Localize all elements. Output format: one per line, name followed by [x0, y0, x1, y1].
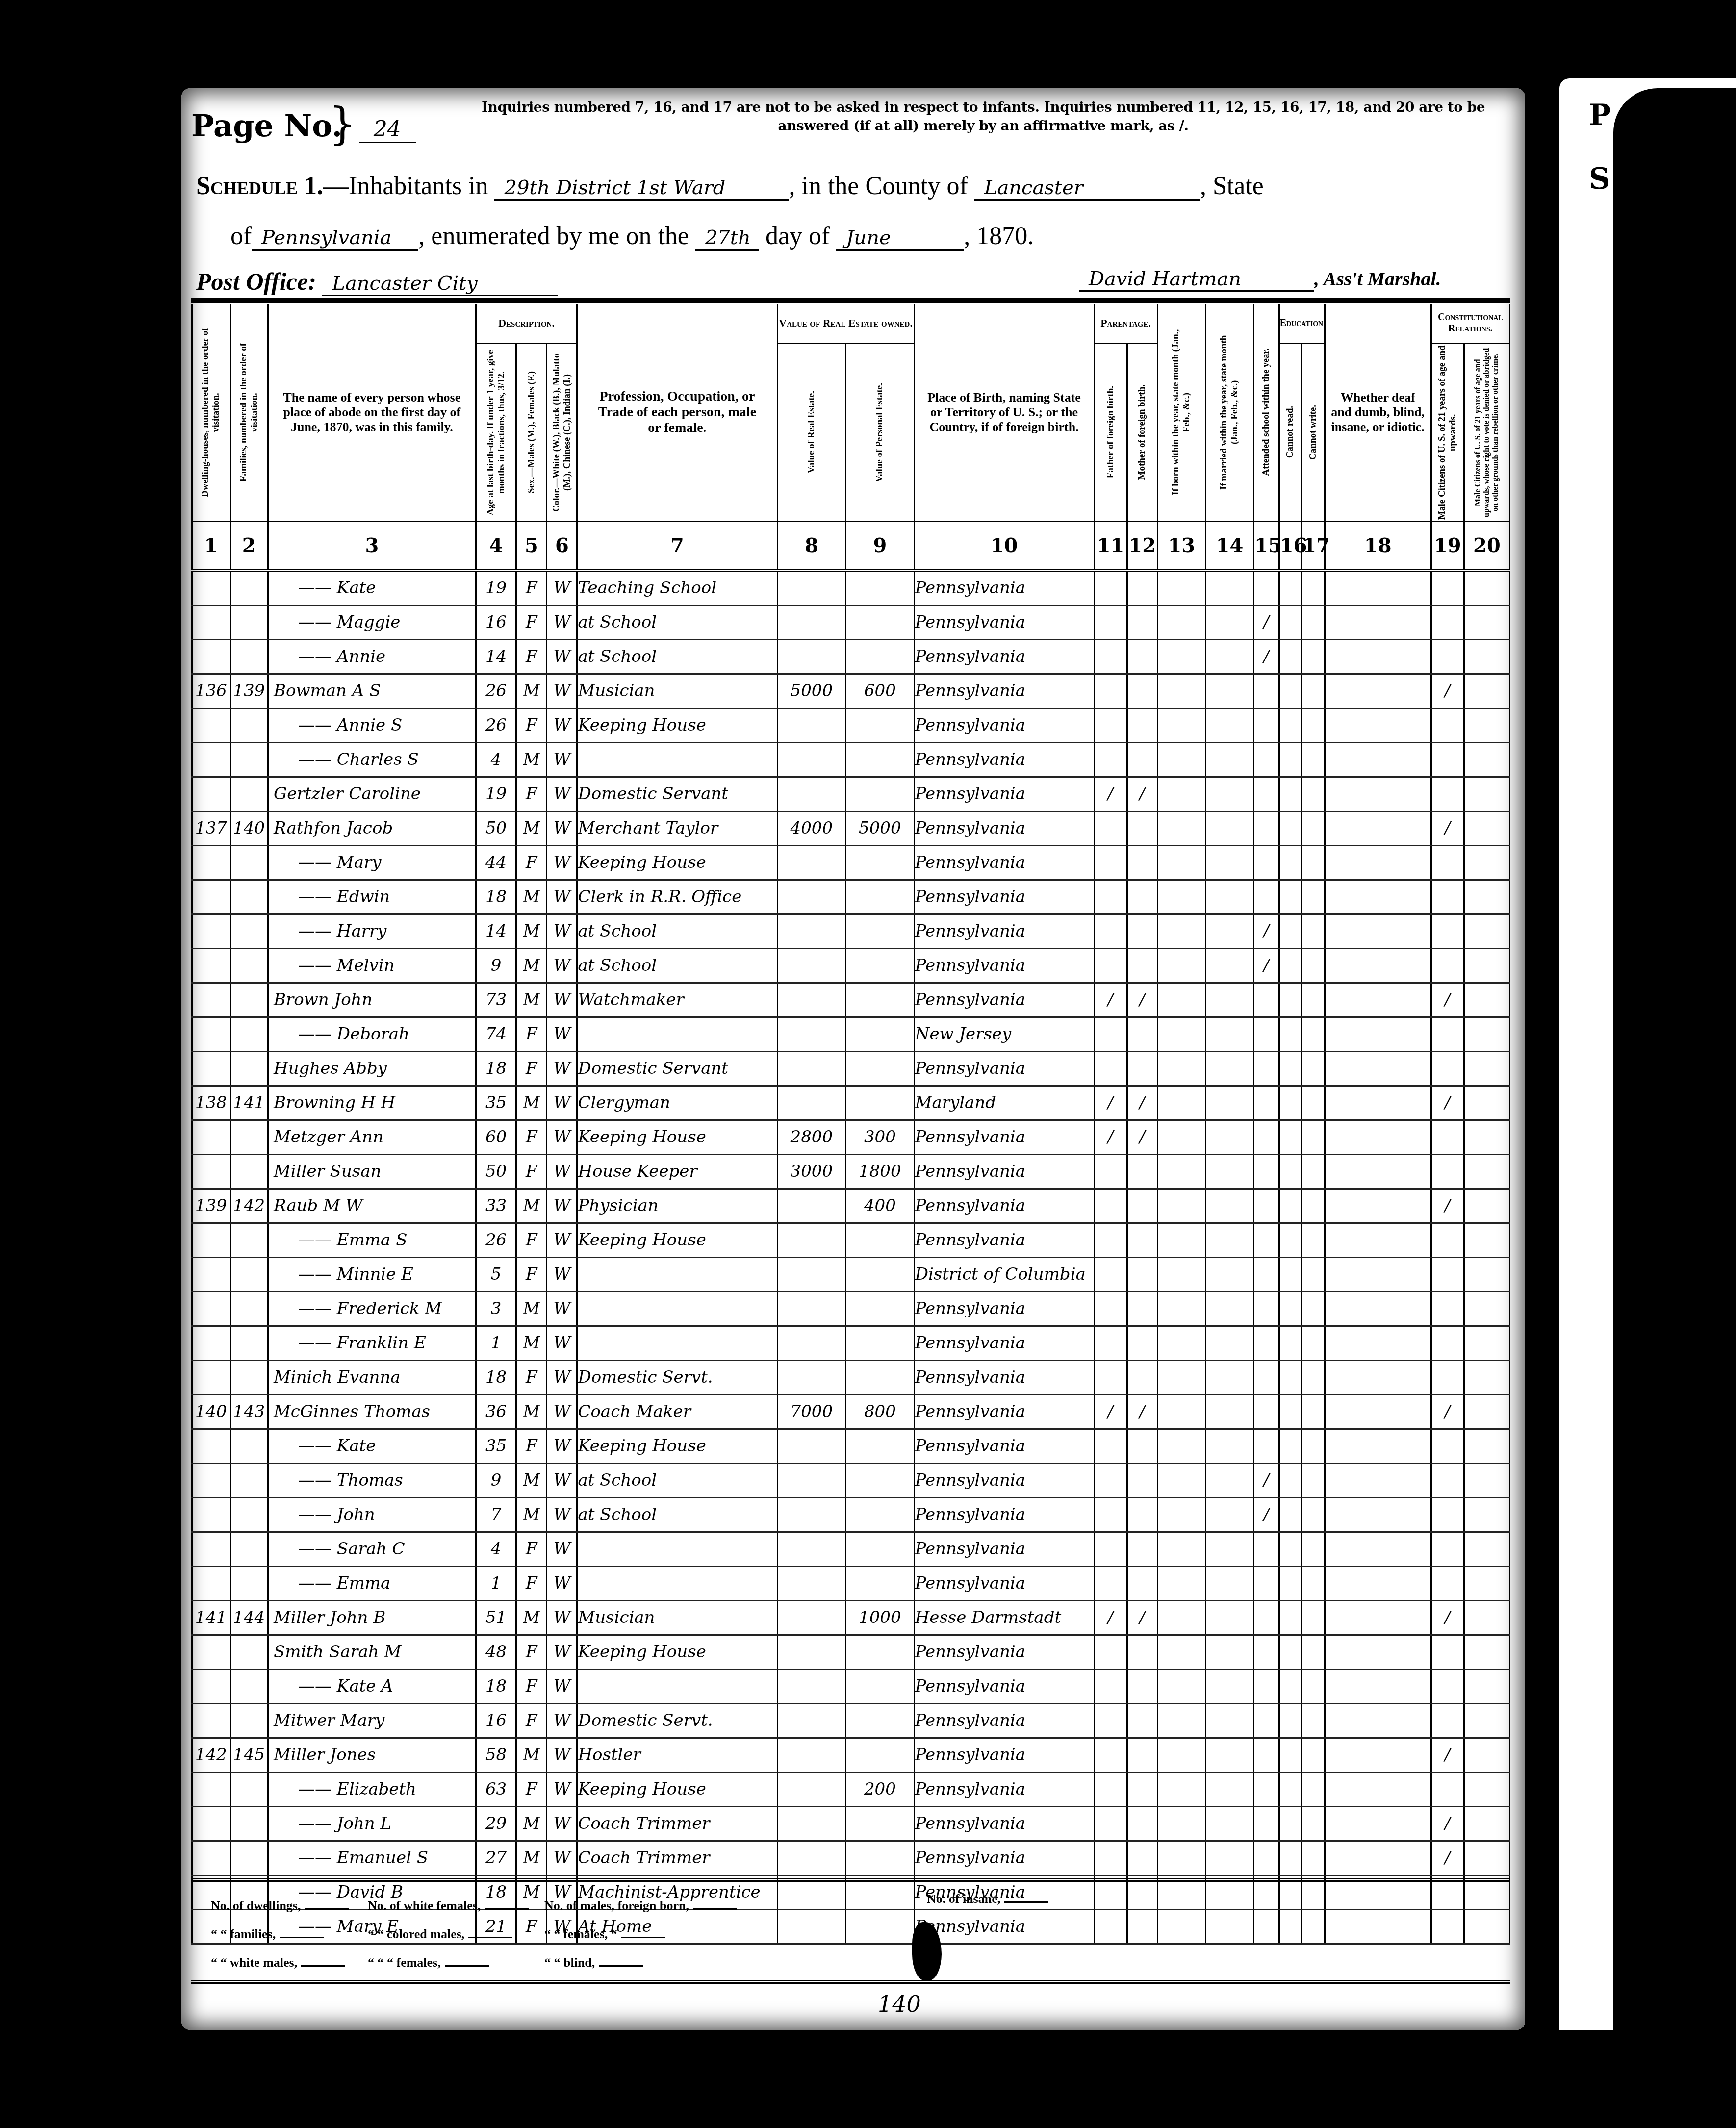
row-number-left: 34: [154, 1694, 177, 1713]
row-number-left: 8: [154, 802, 177, 820]
disability: [1325, 845, 1431, 880]
personal-estate-value: [846, 1223, 915, 1257]
age: 73: [476, 983, 516, 1017]
summary-block: No. of dwellings, “ “ families, “ “ whit…: [191, 1878, 1510, 1984]
cannot-write: [1302, 880, 1325, 914]
table-row: 137140Rathfon Jacob50MWMerchant Taylor40…: [192, 811, 1510, 845]
real-estate-value: [777, 570, 846, 606]
post-office-field: Lancaster City: [322, 272, 558, 296]
color: W: [547, 1738, 577, 1772]
row-number-right: 23: [1528, 1317, 1552, 1335]
disability: [1325, 914, 1431, 948]
dwelling-number: [192, 1360, 230, 1394]
cannot-write: [1302, 1154, 1325, 1189]
born-within-year: [1157, 914, 1205, 948]
attended-school-mark: [1254, 1154, 1279, 1189]
cannot-write: [1302, 1394, 1325, 1429]
family-number: [230, 914, 268, 948]
married-within-year: [1205, 1463, 1253, 1497]
row-number-right: 34: [1528, 1694, 1552, 1713]
cannot-read: [1279, 1566, 1302, 1600]
row-number-left: 23: [154, 1317, 177, 1335]
real-estate-group-header: Value of Real Estate owned.: [777, 304, 914, 343]
color: W: [547, 742, 577, 777]
real-estate-value: [777, 1429, 846, 1463]
vote-denied: [1464, 914, 1509, 948]
cannot-read: [1279, 742, 1302, 777]
father-foreign-mark: [1094, 742, 1127, 777]
occupation: Keeping House: [577, 1223, 777, 1257]
age: 60: [476, 1120, 516, 1154]
occupation: Teaching School: [577, 570, 777, 606]
table-row: Melvin9MWat SchoolPennsylvania/: [192, 948, 1510, 983]
dwelling-number: [192, 570, 230, 606]
male-citizen-mark: [1431, 1703, 1464, 1738]
dwelling-number: [192, 777, 230, 811]
disability: [1325, 1635, 1431, 1669]
attended-school-mark: [1254, 742, 1279, 777]
cannot-write: [1302, 777, 1325, 811]
married-within-year: [1205, 1532, 1253, 1566]
born-within-year: [1157, 1497, 1205, 1532]
personal-estate-value: 300: [846, 1120, 915, 1154]
cannot-read: [1279, 1086, 1302, 1120]
born-within-year: [1157, 742, 1205, 777]
cannot-read: [1279, 1669, 1302, 1703]
occupation: at School: [577, 914, 777, 948]
birthplace: Pennsylvania: [914, 1738, 1094, 1772]
age: 26: [476, 674, 516, 708]
cannot-write: [1302, 1600, 1325, 1635]
attended-school-mark: [1254, 880, 1279, 914]
father-foreign-mark: [1094, 1497, 1127, 1532]
summary-dwellings-col: No. of dwellings, “ “ families, “ “ whit…: [211, 1892, 349, 1977]
row-number-right: 4: [1528, 664, 1552, 683]
mother-foreign-mark: /: [1127, 1086, 1157, 1120]
family-number: 145: [230, 1738, 268, 1772]
occupation: Coach Maker: [577, 1394, 777, 1429]
person-name: Metzger Ann: [268, 1120, 476, 1154]
dwelling-number: [192, 1017, 230, 1051]
dwelling-number: 142: [192, 1738, 230, 1772]
real-estate-value: [777, 708, 846, 742]
cannot-read: [1279, 1394, 1302, 1429]
father-foreign-mark: [1094, 570, 1127, 606]
mother-foreign-mark: [1127, 1154, 1157, 1189]
father-foreign-mark: [1094, 914, 1127, 948]
attended-school-mark: [1254, 1806, 1279, 1841]
occupation: at School: [577, 948, 777, 983]
state-date-line: ofPennsylvania, enumerated by me on the …: [230, 222, 1034, 251]
male-citizen-mark: [1431, 1635, 1464, 1669]
attended-school-mark: [1254, 1189, 1279, 1223]
cannot-read: [1279, 1463, 1302, 1497]
male-citizen-mark: [1431, 605, 1464, 639]
born-within-year: [1157, 1600, 1205, 1635]
parentage-group-header: Parentage.: [1094, 304, 1157, 343]
color: W: [547, 811, 577, 845]
row-number-right: 31: [1528, 1591, 1552, 1610]
disability: [1325, 1257, 1431, 1292]
table-row: 142145Miller Jones58MWHostlerPennsylvani…: [192, 1738, 1510, 1772]
dwelling-number: [192, 1703, 230, 1738]
family-number: [230, 1051, 268, 1086]
row-number-left: 37: [154, 1797, 177, 1816]
row-number-right: 11: [1528, 905, 1552, 923]
row-number-left: 18: [154, 1145, 177, 1164]
table-row: Kate A18FWPennsylvania: [192, 1669, 1510, 1703]
sex: F: [516, 1532, 547, 1566]
attended-school-mark: [1254, 1360, 1279, 1394]
married-within-year: [1205, 880, 1253, 914]
age: 51: [476, 1600, 516, 1635]
vote-denied: [1464, 1086, 1509, 1120]
vote-denied: [1464, 1017, 1509, 1051]
personal-estate-value: 600: [846, 674, 915, 708]
birthplace: Pennsylvania: [914, 1394, 1094, 1429]
attended-school-mark: [1254, 1703, 1279, 1738]
mother-foreign-mark: [1127, 1051, 1157, 1086]
row-number-right: 20: [1528, 1214, 1552, 1232]
born-within-year: [1157, 674, 1205, 708]
personal-estate-value: 400: [846, 1189, 915, 1223]
married-within-year: [1205, 983, 1253, 1017]
sex: M: [516, 1086, 547, 1120]
row-number-left: 4: [154, 664, 177, 683]
cannot-read: [1279, 1326, 1302, 1360]
attended-school-mark: [1254, 811, 1279, 845]
cannot-write: [1302, 1326, 1325, 1360]
cannot-read: [1279, 1703, 1302, 1738]
vote-denied: [1464, 1566, 1509, 1600]
table-row: Kate19FWTeaching SchoolPennsylvania: [192, 570, 1510, 606]
mother-foreign-mark: [1127, 880, 1157, 914]
disability: [1325, 742, 1431, 777]
cannot-write: [1302, 1429, 1325, 1463]
age: 50: [476, 811, 516, 845]
table-row: Gertzler Caroline19FWDomestic ServantPen…: [192, 777, 1510, 811]
disability: [1325, 605, 1431, 639]
color: W: [547, 777, 577, 811]
occupation: at School: [577, 1497, 777, 1532]
row-number-left: 40: [154, 1900, 177, 1919]
row-number-left: 26: [154, 1419, 177, 1438]
row-number-right: 21: [1528, 1248, 1552, 1267]
row-number-right: 3: [1528, 630, 1552, 649]
footer-stamp-number: 140: [878, 1991, 921, 2017]
mother-foreign-mark: [1127, 1532, 1157, 1566]
age: 50: [476, 1154, 516, 1189]
disability: [1325, 1051, 1431, 1086]
attended-school-mark: [1254, 708, 1279, 742]
born-within-year: [1157, 1223, 1205, 1257]
married-within-year: [1205, 1360, 1253, 1394]
cannot-write: [1302, 1223, 1325, 1257]
married-within-year: [1205, 777, 1253, 811]
table-row: 139142Raub M W33MWPhysician400Pennsylvan…: [192, 1189, 1510, 1223]
color: W: [547, 1806, 577, 1841]
born-within-year: [1157, 811, 1205, 845]
color: W: [547, 1292, 577, 1326]
table-row: John L29MWCoach TrimmerPennsylvania/: [192, 1806, 1510, 1841]
mother-foreign-mark: [1127, 1463, 1157, 1497]
table-row: Minich Evanna18FWDomestic Servt.Pennsylv…: [192, 1360, 1510, 1394]
vote-denied: [1464, 1257, 1509, 1292]
sex: F: [516, 1772, 547, 1806]
disability: [1325, 1566, 1431, 1600]
age: 35: [476, 1429, 516, 1463]
cannot-write: [1302, 639, 1325, 674]
row-number-left: 9: [154, 836, 177, 855]
cannot-read: [1279, 1292, 1302, 1326]
summary-foreign-col: No. of males, foreign born, “ “ females,…: [544, 1892, 737, 1977]
married-within-year: [1205, 742, 1253, 777]
male-citizen-mark: [1431, 708, 1464, 742]
male-citizen-mark: /: [1431, 811, 1464, 845]
row-number-left: 32: [154, 1625, 177, 1644]
census-table: Dwelling-houses, numbered in the order o…: [191, 304, 1510, 1945]
sex: F: [516, 845, 547, 880]
birthplace: Pennsylvania: [914, 742, 1094, 777]
disability: [1325, 1360, 1431, 1394]
male-citizen-mark: /: [1431, 1806, 1464, 1841]
male-citizen-mark: [1431, 1566, 1464, 1600]
sex: F: [516, 570, 547, 606]
vote-denied: [1464, 1600, 1509, 1635]
sex: F: [516, 605, 547, 639]
attended-school-mark: [1254, 1841, 1279, 1875]
col-header-vote-denied: Male Citizens of U. S. of 21 years of ag…: [1464, 343, 1509, 521]
mother-foreign-mark: [1127, 948, 1157, 983]
personal-estate-value: [846, 708, 915, 742]
vote-denied: [1464, 1669, 1509, 1703]
married-within-year: [1205, 1806, 1253, 1841]
table-row: Emma S26FWKeeping HousePennsylvania: [192, 1223, 1510, 1257]
birthplace: Pennsylvania: [914, 880, 1094, 914]
occupation: [577, 742, 777, 777]
married-within-year: [1205, 914, 1253, 948]
male-citizen-mark: [1431, 948, 1464, 983]
row-number-left: 28: [154, 1488, 177, 1507]
cannot-read: [1279, 674, 1302, 708]
mother-foreign-mark: [1127, 1635, 1157, 1669]
born-within-year: [1157, 1120, 1205, 1154]
row-number-left: 3: [154, 630, 177, 649]
color: W: [547, 1189, 577, 1223]
father-foreign-mark: [1094, 1154, 1127, 1189]
age: 26: [476, 708, 516, 742]
table-row: Thomas9MWat SchoolPennsylvania/: [192, 1463, 1510, 1497]
sex: M: [516, 1600, 547, 1635]
table-row: Maggie16FWat SchoolPennsylvania/: [192, 605, 1510, 639]
mother-foreign-mark: [1127, 914, 1157, 948]
vote-denied: [1464, 777, 1509, 811]
mother-foreign-mark: [1127, 605, 1157, 639]
born-within-year: [1157, 983, 1205, 1017]
vote-denied: [1464, 1635, 1509, 1669]
birthplace: Pennsylvania: [914, 914, 1094, 948]
mother-foreign-mark: [1127, 1841, 1157, 1875]
sex: F: [516, 1257, 547, 1292]
color: W: [547, 1635, 577, 1669]
row-number-right: 14: [1528, 1008, 1552, 1026]
attended-school-mark: [1254, 570, 1279, 606]
cannot-write: [1302, 1120, 1325, 1154]
male-citizen-mark: [1431, 1669, 1464, 1703]
married-within-year: [1205, 1223, 1253, 1257]
person-name: Frederick M: [268, 1292, 476, 1326]
sex: F: [516, 1703, 547, 1738]
attended-school-mark: [1254, 983, 1279, 1017]
table-row: Sarah C4FWPennsylvania: [192, 1532, 1510, 1566]
born-within-year: [1157, 1463, 1205, 1497]
family-number: [230, 1360, 268, 1394]
person-name: Melvin: [268, 948, 476, 983]
birthplace: Pennsylvania: [914, 948, 1094, 983]
person-name: Brown John: [268, 983, 476, 1017]
real-estate-value: [777, 1669, 846, 1703]
birthplace: Pennsylvania: [914, 570, 1094, 606]
disability: [1325, 1120, 1431, 1154]
born-within-year: [1157, 1635, 1205, 1669]
color: W: [547, 570, 577, 606]
color: W: [547, 1669, 577, 1703]
attended-school-mark: [1254, 1326, 1279, 1360]
attended-school-mark: /: [1254, 639, 1279, 674]
header-rule: [191, 298, 1510, 303]
color: W: [547, 983, 577, 1017]
mother-foreign-mark: [1127, 1566, 1157, 1600]
color: W: [547, 880, 577, 914]
sex: M: [516, 880, 547, 914]
birthplace: Pennsylvania: [914, 674, 1094, 708]
row-number-left: 30: [154, 1557, 177, 1575]
mother-foreign-mark: [1127, 742, 1157, 777]
personal-estate-value: [846, 570, 915, 606]
married-within-year: [1205, 1326, 1253, 1360]
age: 35: [476, 1086, 516, 1120]
col-header-cannot-write: Cannot write.: [1302, 343, 1325, 521]
cannot-write: [1302, 1017, 1325, 1051]
married-within-year: [1205, 1635, 1253, 1669]
male-citizen-mark: /: [1431, 1600, 1464, 1635]
family-number: [230, 1463, 268, 1497]
color: W: [547, 1120, 577, 1154]
real-estate-value: [777, 605, 846, 639]
summary-insane: No. of insane,: [927, 1892, 1048, 1906]
attended-school-mark: [1254, 1120, 1279, 1154]
personal-estate-value: [846, 777, 915, 811]
age: 4: [476, 1532, 516, 1566]
cannot-write: [1302, 1532, 1325, 1566]
born-within-year: [1157, 845, 1205, 880]
dwelling-number: [192, 1292, 230, 1326]
person-name: Emma S: [268, 1223, 476, 1257]
birthplace: Pennsylvania: [914, 845, 1094, 880]
person-name: Charles S: [268, 742, 476, 777]
row-number-right: 13: [1528, 973, 1552, 992]
cannot-read: [1279, 948, 1302, 983]
age: 1: [476, 1326, 516, 1360]
born-within-year: [1157, 1532, 1205, 1566]
birthplace: Pennsylvania: [914, 708, 1094, 742]
occupation: [577, 1326, 777, 1360]
sex: M: [516, 1394, 547, 1429]
person-name: Annie: [268, 639, 476, 674]
father-foreign-mark: [1094, 1703, 1127, 1738]
dwelling-number: [192, 845, 230, 880]
father-foreign-mark: [1094, 1806, 1127, 1841]
row-number-left: 38: [154, 1831, 177, 1850]
mother-foreign-mark: [1127, 1223, 1157, 1257]
age: 44: [476, 845, 516, 880]
married-within-year: [1205, 605, 1253, 639]
male-citizen-mark: [1431, 1120, 1464, 1154]
occupation: Keeping House: [577, 708, 777, 742]
person-name: Kate: [268, 1429, 476, 1463]
family-number: [230, 708, 268, 742]
real-estate-value: [777, 983, 846, 1017]
cannot-read: [1279, 605, 1302, 639]
dwelling-number: [192, 1806, 230, 1841]
mother-foreign-mark: [1127, 570, 1157, 606]
disability: [1325, 1669, 1431, 1703]
person-name: Thomas: [268, 1463, 476, 1497]
personal-estate-value: 1800: [846, 1154, 915, 1189]
table-row: John7MWat SchoolPennsylvania/: [192, 1497, 1510, 1532]
disability: [1325, 708, 1431, 742]
state-field: Pennsylvania: [252, 227, 418, 251]
birthplace: Pennsylvania: [914, 1635, 1094, 1669]
birthplace: Pennsylvania: [914, 1497, 1094, 1532]
disability: [1325, 811, 1431, 845]
constitutional-group-header: Constitutional Relations.: [1431, 304, 1509, 343]
row-number-left: 6: [154, 733, 177, 752]
color: W: [547, 914, 577, 948]
occupation: Hostler: [577, 1738, 777, 1772]
personal-estate-value: [846, 1051, 915, 1086]
birthplace: Pennsylvania: [914, 639, 1094, 674]
brace-glyph: }: [329, 98, 357, 150]
attended-school-mark: /: [1254, 1463, 1279, 1497]
occupation: at School: [577, 605, 777, 639]
family-number: [230, 742, 268, 777]
row-number-right: 24: [1528, 1351, 1552, 1369]
real-estate-value: [777, 1463, 846, 1497]
row-number-left: 15: [154, 1042, 177, 1061]
disability: [1325, 1772, 1431, 1806]
row-number-right: 27: [1528, 1454, 1552, 1472]
sex: F: [516, 1223, 547, 1257]
adjacent-page-schedule-fragment: S: [1589, 162, 1610, 196]
family-number: 140: [230, 811, 268, 845]
father-foreign-mark: [1094, 948, 1127, 983]
table-row: Emma1FWPennsylvania: [192, 1566, 1510, 1600]
row-number-left: 25: [154, 1385, 177, 1404]
disability: [1325, 1738, 1431, 1772]
birthplace: Pennsylvania: [914, 1566, 1094, 1600]
dwelling-number: [192, 639, 230, 674]
married-within-year: [1205, 1841, 1253, 1875]
real-estate-value: [777, 639, 846, 674]
birthplace: Pennsylvania: [914, 1120, 1094, 1154]
row-number-left: 1: [154, 561, 177, 580]
person-name: Mitwer Mary: [268, 1703, 476, 1738]
col-header-sex: Sex.—Males (M.), Females (F.): [516, 343, 547, 521]
cannot-read: [1279, 1189, 1302, 1223]
mother-foreign-mark: /: [1127, 1394, 1157, 1429]
color: W: [547, 1497, 577, 1532]
